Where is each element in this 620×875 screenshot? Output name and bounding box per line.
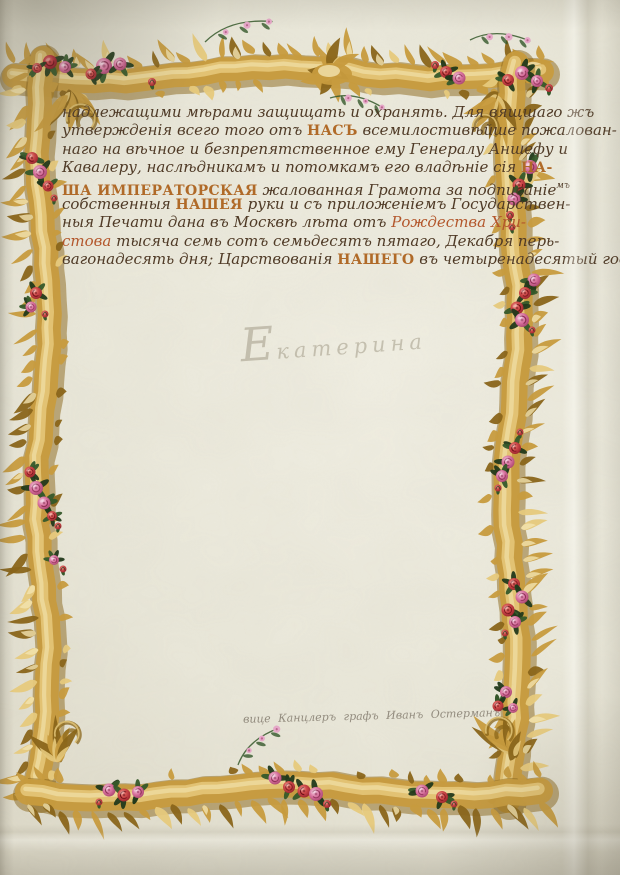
charter-text-segment: руки и съ приложеніемъ Государствен- (243, 195, 571, 213)
charter-text-segment: въ четыренадесятый годъ. (415, 250, 620, 268)
charter-text-segment: Рождества Хри- (391, 213, 526, 231)
charter-text-line: надлежащими мѣрами защищать и охранять. … (62, 103, 526, 121)
charter-text-segment: НАСЪ (307, 123, 358, 139)
charter-text-segment: стова (62, 232, 111, 250)
charter-text-block: надлежащими мѣрами защищать и охранять. … (62, 103, 526, 269)
charter-text-line: ныя Печати дана въ Москвѣ лѣта отъ Рожде… (62, 213, 526, 231)
charter-text-line: утвержденія всего того отъ НАСЪ всемилос… (62, 121, 526, 139)
charter-text-segment: вагонадесять дня; Царствованія (62, 250, 337, 268)
charter-text-segment: тысяча семь сотъ семьдесятъ пятаго, Дека… (111, 232, 559, 250)
charter-text-segment: НАШЕЯ (176, 197, 243, 213)
charter-text-segment: утвержденія всего того отъ (62, 121, 307, 139)
charter-text-segment: ныя Печати дана въ Москвѣ лѣта отъ (62, 213, 391, 231)
charter-text-line: ША ИМПЕРАТОРСКАЯ жалованная Грамота за п… (62, 177, 526, 195)
charter-text-segment: НА- (521, 160, 553, 176)
charter-text-line: собственныя НАШЕЯ руки и съ приложеніемъ… (62, 195, 526, 213)
charter-text-line: наго на вѣчное и безпрепятственное ему Г… (62, 140, 526, 158)
charter-text-line: Кавалеру, наслѣдникамъ и потомкамъ его в… (62, 158, 526, 176)
charter-text-segment: НАШЕГО (337, 252, 414, 268)
charter-text-segment: наго на вѣчное и безпрепятственное ему Г… (62, 140, 568, 158)
charter-page: надлежащими мѣрами защищать и охранять. … (0, 0, 620, 875)
charter-text-segment: надлежащими мѣрами защищать и охранять. … (62, 103, 594, 121)
charter-text-segment: Кавалеру, наслѣдникамъ и потомкамъ его в… (62, 158, 521, 176)
charter-text-segment: всемилостивѣйше пожалован- (358, 121, 617, 139)
charter-text-segment: мъ (556, 181, 569, 191)
charter-text-line: вагонадесять дня; Царствованія НАШЕГО въ… (62, 250, 526, 268)
charter-text-line: стова тысяча семь сотъ семьдесятъ пятаго… (62, 232, 526, 250)
charter-text-segment: собственныя (62, 195, 176, 213)
